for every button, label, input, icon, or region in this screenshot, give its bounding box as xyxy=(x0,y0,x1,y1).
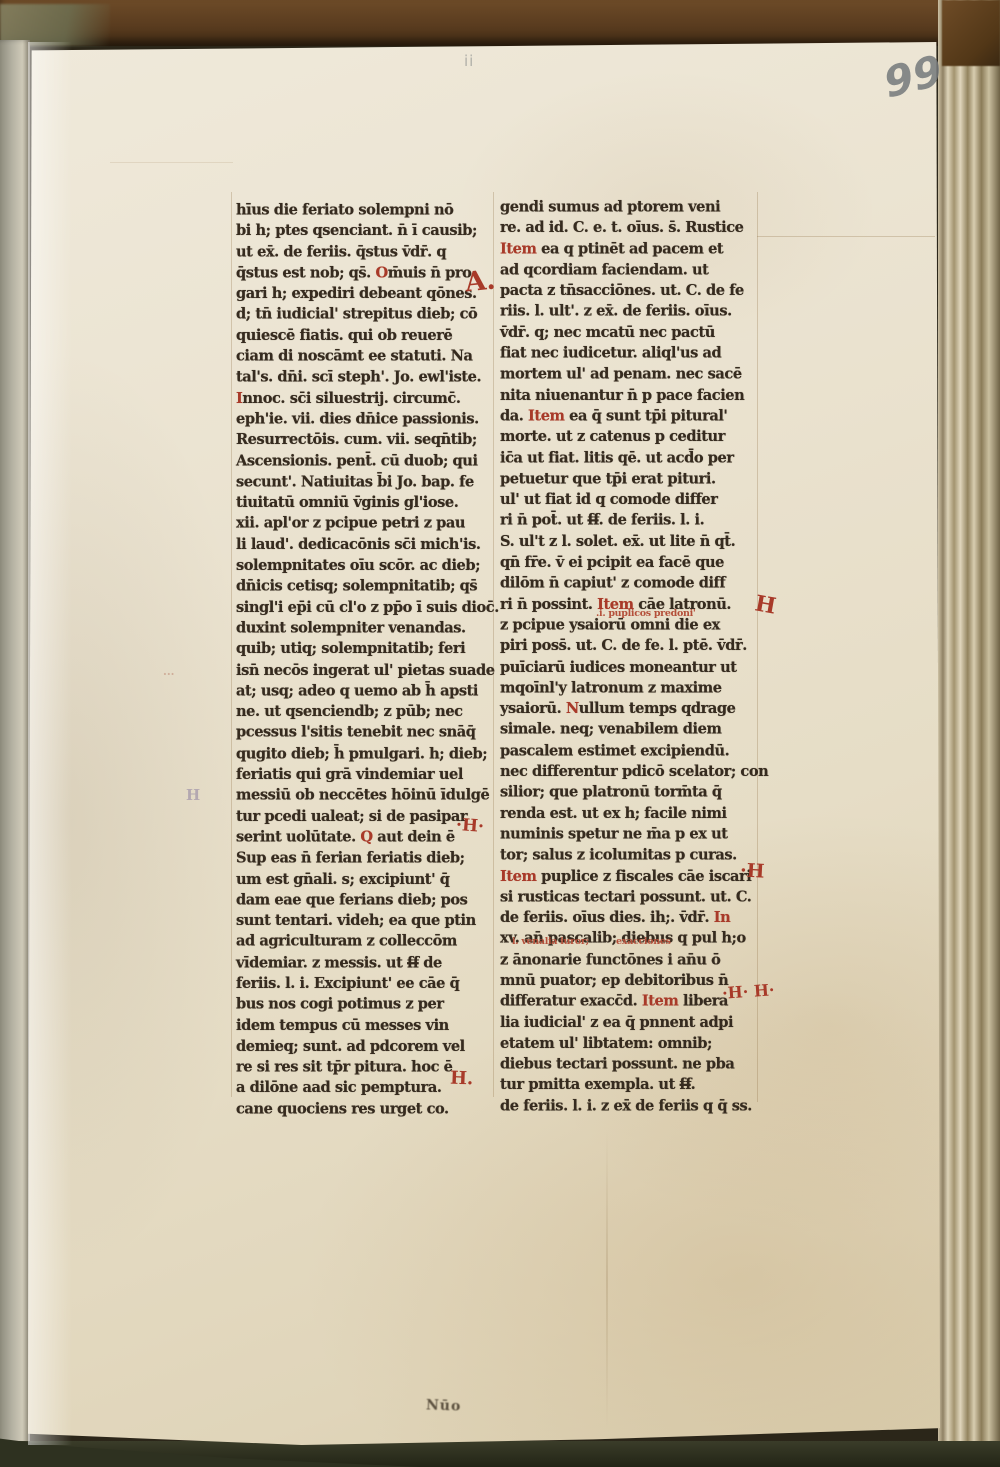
manuscript-line: morte. ut z catenus p ceditur xyxy=(500,427,762,448)
body-text: morte. ut z catenus p ceditur xyxy=(500,428,725,446)
struck-citation: ff xyxy=(407,954,419,972)
manuscript-line: v̄dr̄. q; nec mcatū nec pactū xyxy=(500,322,762,343)
body-text: renda est. ut ex h; facile nimi xyxy=(500,804,727,822)
body-text: ea q̄ sunt tp̄i pitural' xyxy=(565,407,728,425)
rubric-text: In xyxy=(714,909,731,927)
interlinear-gloss: i. venalia iuror; xyxy=(512,936,589,947)
rubric-text: O xyxy=(375,264,387,282)
manuscript-line: feriis. l. i. Excipiunt' ee cāe q̄ xyxy=(236,974,498,995)
body-text: vīdemiar. z messis. ut xyxy=(236,954,407,972)
body-text: differatur exacc̄d. xyxy=(500,992,642,1010)
interlinear-gloss: exacciones xyxy=(616,936,671,947)
manuscript-line: renda est. ut ex h; facile nimi xyxy=(500,803,762,824)
manuscript-line: eph'ie. vii. dies dn̄ice passionis. xyxy=(236,409,498,430)
manuscript-line: secunt'. Natiuitas b̄i Jo. bap. fe xyxy=(236,472,498,493)
ruling-line-top-right xyxy=(757,236,935,237)
manuscript-line: isn̄ necōs ingerat ul' pietas suade xyxy=(236,660,498,681)
body-text: dn̄icis cetisq; solempnitatib; qs̄ xyxy=(236,577,477,595)
body-text: sunt tentari. videh; ea que ptin xyxy=(236,912,476,930)
body-text: ad agriculturam z colleccōm xyxy=(236,933,457,951)
body-text: de feriis. l. i. z ex̄ de feriis q q̄ ss… xyxy=(500,1097,752,1115)
manuscript-line: da. Item ea q̄ sunt tp̄i pitural' xyxy=(500,406,762,427)
manuscript-line: Sup eas n̄ ferian feriatis dieb; xyxy=(236,848,498,869)
manuscript-line: mqoīnl'y latronum z maxime xyxy=(500,678,762,699)
body-text: ad qcordiam faciendam. ut xyxy=(500,261,708,279)
body-text: ne. ut qsenciendb; z pūb; nec xyxy=(236,703,463,721)
manuscript-line: bi h; ptes qsenciant. n̄ ī causib; xyxy=(236,221,498,242)
manuscript-line: li laud'. dedicacōnis sc̄i mich'is. xyxy=(236,534,498,555)
manuscript-line: riis. l. ult'. z ex̄. de feriis. oīus. xyxy=(500,302,762,323)
rubric-text: Item xyxy=(642,992,679,1010)
body-text: li laud'. dedicacōnis sc̄i mich'is. xyxy=(236,536,480,554)
body-text: ul' ut fiat id q comode differ xyxy=(500,491,718,509)
body-text: tal's. dn̄i. scī steph'. Jo. ewl'iste. xyxy=(236,368,481,386)
body-text: pascalem estimet excipiendū. xyxy=(500,742,729,760)
manuscript-line: nita niuenantur n̄ p pace facien xyxy=(500,385,762,406)
manuscript-line: de feriis. oīus dies. ih;. v̄dr̄. In xyxy=(500,908,762,929)
struck-citation: ff xyxy=(587,512,598,530)
body-text: mqoīnl'y latronum z maxime xyxy=(500,679,722,697)
manuscript-line: feriatis qui grā vindemiar uel xyxy=(236,764,498,785)
manuscript-line: tur pmitta exempla. ut ff. xyxy=(500,1075,762,1096)
body-text: d; tn̄ iudicial' strepitus dieb; cō xyxy=(236,306,477,324)
manuscript-line: ic̄a ut fiat. litis qē. ut acd̄o per xyxy=(500,448,762,469)
body-text: tur pmitta exempla. ut xyxy=(500,1076,680,1094)
manuscript-line: Innoc. sc̄i siluestrij. circumc̄. xyxy=(236,388,498,409)
interlinear-gloss: .i. puplicos predoni' xyxy=(596,608,696,619)
manuscript-line: at; usq; adeo q uemo ab h̄ apsti xyxy=(236,681,498,702)
body-text: da. xyxy=(500,407,528,425)
body-text: dam eae que ferians dieb; pos xyxy=(236,891,467,909)
manuscript-line: bus nos cogi potimus z per xyxy=(236,994,498,1015)
body-text: libera xyxy=(678,992,728,1010)
rubric-text: Q xyxy=(360,828,372,846)
manuscript-line: silior; que platronū torm̄ta q̄ xyxy=(500,782,762,803)
body-text: hīus die feriato solempni nō xyxy=(236,201,453,219)
body-text: aut dein ē xyxy=(373,828,455,846)
manuscript-line: tal's. dn̄i. scī steph'. Jo. ewl'iste. xyxy=(236,367,498,388)
ruling-line-left-column xyxy=(231,192,232,1097)
manuscript-line: Item puplice z fiscales cāe iscari xyxy=(500,866,762,887)
manuscript-line: ad qcordiam faciendam. ut xyxy=(500,260,762,281)
body-text: serint uolūtate. xyxy=(236,828,360,846)
manuscript-line: etatem ul' libtatem: omnib; xyxy=(500,1033,762,1054)
body-text: ut ex̄. de feriis. q̄stus v̄dr̄. q xyxy=(236,243,446,261)
body-text: duxint solempniter venandas. xyxy=(236,619,466,637)
body-text: mnū puator; ep debitoribus n̄ xyxy=(500,972,728,990)
manuscript-line: petuetur que tp̄i erat pituri. xyxy=(500,469,762,490)
manuscript-line: ul' ut fiat id q comode differ xyxy=(500,490,762,511)
manuscript-line: Resurrectōis. cum. vii. seqn̄tib; xyxy=(236,430,498,451)
manuscript-line: fiat nec iudicetur. aliql'us ad xyxy=(500,343,762,364)
body-text: piri poss̄. ut. C. de fe. l. ptē. v̄dr̄. xyxy=(500,637,747,655)
body-text: quiescē fiatis. qui ob reuerē xyxy=(236,326,452,344)
body-text: nnoc. sc̄i siluestrij. circumc̄. xyxy=(242,389,460,407)
manuscript-line: singl'i ep̄i cū cl'o z pp̄o ī suis dioc̄… xyxy=(236,597,498,618)
binding-corner-top-right xyxy=(942,0,1000,66)
manuscript-line: piri poss̄. ut. C. de fe. l. ptē. v̄dr̄. xyxy=(500,636,762,657)
margin-paragraph-mark: H xyxy=(753,590,778,619)
manuscript-line: nec differentur pdicō scelator; con xyxy=(500,761,762,782)
manuscript-line: S. ul't z l. solet. ex̄. ut lite n̄ qt̄. xyxy=(500,531,762,552)
body-text: ri n̄ pot̄. ut xyxy=(500,512,587,530)
body-text: simale. neq; venabilem diem xyxy=(500,721,721,739)
manuscript-line: solempnitates oīu scōr. ac dieb; xyxy=(236,555,498,576)
body-text: quib; utiq; solempnitatib; feri xyxy=(236,640,465,658)
body-text: m̄uis n̄ pro xyxy=(388,264,472,282)
body-text: secunt'. Natiuitas b̄i Jo. bap. fe xyxy=(236,473,474,491)
body-text: de feriis. oīus dies. ih;. v̄dr̄. xyxy=(500,909,714,927)
body-text: isn̄ necōs ingerat ul' pietas suade xyxy=(236,661,495,679)
rubric-text: Item xyxy=(500,867,537,885)
manuscript-line: quiescē fiatis. qui ob reuerē xyxy=(236,325,498,346)
manuscript-line: tor; salus z icolumitas p curas. xyxy=(500,845,762,866)
manuscript-line: dn̄icis cetisq; solempnitatib; qs̄ xyxy=(236,576,498,597)
manuscript-line: idem tempus cū messes vin xyxy=(236,1015,498,1036)
manuscript-line: puīciarū iudices moneantur ut xyxy=(500,657,762,678)
body-text: eph'ie. vii. dies dn̄ice passionis. xyxy=(236,410,479,428)
text-column-left: hīus die feriato solempni nōbi h; ptes q… xyxy=(236,200,498,1120)
rubric-text: Item xyxy=(528,407,565,425)
body-text: Ascensionis. pent̄. cū duob; qui xyxy=(236,452,478,470)
body-text: a dilōne aad sic pemptura. xyxy=(236,1079,441,1097)
manuscript-line: ysaiorū. Nullum temps qdrage xyxy=(500,699,762,720)
body-text: ysaiorū. xyxy=(500,700,566,718)
body-text: feriatis qui grā vindemiar uel xyxy=(236,765,463,783)
manuscript-line: lia iudicial' z ea q̄ pnnent adpi xyxy=(500,1012,762,1033)
manuscript-line: dilōm n̄ capiut' z comode diff xyxy=(500,573,762,594)
body-text: tiuitatū omniū v̄ginis gl'iose. xyxy=(236,494,458,512)
manuscript-line: ad agriculturam z colleccōm xyxy=(236,932,498,953)
margin-paragraph-mark: A. xyxy=(463,264,496,298)
manuscript-line: hīus die feriato solempni nō xyxy=(236,200,498,221)
body-text: si rusticas tectari possunt. ut. C. xyxy=(500,888,751,906)
body-text: Resurrectōis. cum. vii. seqn̄tib; xyxy=(236,431,477,449)
bottom-edge-text-fragment: Nūo xyxy=(426,1397,462,1414)
body-text: solempnitates oīu scōr. ac dieb; xyxy=(236,556,480,574)
body-text: messiū ob neccētes hōinū īdulgē xyxy=(236,786,489,804)
manuscript-line: mortem ul' ad penam. nec sacē xyxy=(500,364,762,385)
body-text: tor; salus z icolumitas p curas. xyxy=(500,846,737,864)
body-text: nec differentur pdicō scelator; con xyxy=(500,762,768,780)
body-text: cane quociens res urget co. xyxy=(236,1100,449,1118)
manuscript-line: de feriis. l. i. z ex̄ de feriis q q̄ ss… xyxy=(500,1096,762,1117)
body-text: gendi sumus ad ptorem veni xyxy=(500,198,720,216)
body-text: tur pcedi ualeat; si de pasipar xyxy=(236,807,467,825)
body-text: feriis. l. i. Excipiunt' ee cāe q̄ xyxy=(236,975,459,993)
body-text: silior; que platronū torm̄ta q̄ xyxy=(500,783,722,801)
body-text: . de feriis. l. i. xyxy=(599,512,705,530)
margin-paragraph-mark: ··· xyxy=(163,668,175,681)
manuscript-line: simale. neq; venabilem diem xyxy=(500,720,762,741)
body-text: lia iudicial' z ea q̄ pnnent adpi xyxy=(500,1013,733,1031)
body-text: singl'i ep̄i cū cl'o z pp̄o ī suis dioc̄… xyxy=(236,598,499,616)
body-text: riis. l. ult'. z ex̄. de feriis. oīus. xyxy=(500,303,732,321)
body-text: ic̄a ut fiat. litis qē. ut acd̄o per xyxy=(500,449,734,467)
binding-top-board xyxy=(0,0,1000,46)
manuscript-line: Ascensionis. pent̄. cū duob; qui xyxy=(236,451,498,472)
text-column-right: gendi sumus ad ptorem venire. ad id. C. … xyxy=(500,197,762,1117)
manuscript-line: sunt tentari. videh; ea que ptin xyxy=(236,911,498,932)
margin-paragraph-mark: H. xyxy=(450,1068,474,1090)
manuscript-line: messiū ob neccētes hōinū īdulgē xyxy=(236,785,498,806)
manuscript-line: xii. apl'or z pcipue petri z pau xyxy=(236,514,498,535)
body-text: pacta z tn̄sacciōnes. ut. C. de fe xyxy=(500,282,744,300)
margin-paragraph-mark: ·H· H· xyxy=(721,980,775,1003)
struck-citation: ff xyxy=(680,1076,691,1094)
body-text: at; usq; adeo q uemo ab h̄ apsti xyxy=(236,682,478,700)
body-text: q̄stus est nob; qs̄. xyxy=(236,264,375,282)
body-text: ea q ptinēt ad pacem et xyxy=(537,240,724,258)
body-text: . xyxy=(691,1076,696,1094)
body-text: qugito dieb; h̄ pmulgari. h; dieb; xyxy=(236,745,487,763)
margin-paragraph-mark: ·H· xyxy=(455,815,484,837)
manuscript-line: Item ea q ptinēt ad pacem et xyxy=(500,239,762,260)
manuscript-line: gari h; expediri debeant qōnes. xyxy=(236,284,498,305)
manuscript-line: re. ad id. C. e. t. oīus. s̄. Rustice xyxy=(500,218,762,239)
body-text: z ānonarie functōnes i an̄u ō xyxy=(500,951,720,969)
manuscript-line: pcessus l'sitis tenebit nec snāq̄ xyxy=(236,723,498,744)
manuscript-line: dam eae que ferians dieb; pos xyxy=(236,890,498,911)
manuscript-line: cane quociens res urget co. xyxy=(236,1099,498,1120)
manuscript-line: demieq; sunt. ad pdcorem vel xyxy=(236,1036,498,1057)
body-text: re si res sit tp̄r pitura. hoc ē xyxy=(236,1058,453,1076)
body-text: um est gn̄ali. s; excipiunt' q̄ xyxy=(236,870,450,888)
body-text: puplice z fiscales cāe iscari xyxy=(537,867,752,885)
manuscript-line: ne. ut qsenciendb; z pūb; nec xyxy=(236,702,498,723)
manuscript-line: d; tn̄ iudicial' strepitus dieb; cō xyxy=(236,305,498,326)
body-text: ciam di noscāmt ee statuti. Na xyxy=(236,347,473,365)
rubric-text: N xyxy=(566,700,579,718)
body-text: petuetur que tp̄i erat pituri. xyxy=(500,470,716,488)
manuscript-line: si rusticas tectari possunt. ut. C. xyxy=(500,887,762,908)
manuscript-line: tiuitatū omniū v̄ginis gl'iose. xyxy=(236,493,498,514)
manuscript-line: pascalem estimet excipiendū. xyxy=(500,741,762,762)
body-text: dilōm n̄ capiut' z comode diff xyxy=(500,574,725,592)
manuscript-line: ciam di noscāmt ee statuti. Na xyxy=(236,346,498,367)
body-text: demieq; sunt. ad pdcorem vel xyxy=(236,1037,465,1055)
manuscript-line: diebus tectari possunt. ne pba xyxy=(500,1054,762,1075)
body-text: re. ad id. C. e. t. oīus. s̄. Rustice xyxy=(500,219,744,237)
body-text: S. ul't z l. solet. ex̄. ut lite n̄ qt̄. xyxy=(500,533,735,551)
body-text: qn̄ fr̄e. v̄ ei pcipit ea facē que xyxy=(500,553,724,571)
manuscript-line: quib; utiq; solempnitatib; feri xyxy=(236,639,498,660)
body-text: de xyxy=(419,954,442,972)
manuscript-line: ut ex̄. de feriis. q̄stus v̄dr̄. q xyxy=(236,242,498,263)
manuscript-line: pacta z tn̄sacciōnes. ut. C. de fe xyxy=(500,281,762,302)
body-text: diebus tectari possunt. ne pba xyxy=(500,1055,734,1073)
body-text: bi h; ptes qsenciant. n̄ ī causib; xyxy=(236,222,477,240)
body-text: puīciarū iudices moneantur ut xyxy=(500,658,737,676)
manuscript-line: q̄stus est nob; qs̄. Om̄uis n̄ pro xyxy=(236,263,498,284)
margin-paragraph-mark: ·H xyxy=(739,859,765,882)
body-text: ullum temps qdrage xyxy=(579,700,736,718)
body-text: bus nos cogi potimus z per xyxy=(236,995,444,1013)
manuscript-line: um est gn̄ali. s; excipiunt' q̄ xyxy=(236,869,498,890)
body-text: xii. apl'or z pcipue petri z pau xyxy=(236,515,465,533)
manuscript-line: z ānonarie functōnes i an̄u ō xyxy=(500,950,762,971)
body-text: Sup eas n̄ ferian feriatis dieb; xyxy=(236,849,465,867)
body-text: mortem ul' ad penam. nec sacē xyxy=(500,365,742,383)
body-text: ri n̄ possint. xyxy=(500,595,597,613)
body-text: idem tempus cū messes vin xyxy=(236,1016,449,1034)
manuscript-line: qugito dieb; h̄ pmulgari. h; dieb; xyxy=(236,744,498,765)
margin-paragraph-mark: H xyxy=(186,786,200,804)
book-fore-edge-pages xyxy=(938,0,1000,1467)
manuscript-line: ri n̄ pot̄. ut ff. de feriis. l. i. xyxy=(500,511,762,532)
body-text: numinis spetur ne m̄a p ex ut xyxy=(500,825,728,843)
body-text: gari h; expediri debeant qōnes. xyxy=(236,285,477,303)
top-pencil-mark: ii xyxy=(464,52,474,70)
parchment-fold-line xyxy=(606,1130,608,1430)
body-text: nita niuenantur n̄ p pace facien xyxy=(500,386,744,404)
manuscript-line: gendi sumus ad ptorem veni xyxy=(500,197,762,218)
ruling-line-top-left xyxy=(110,162,233,163)
manuscript-line: numinis spetur ne m̄a p ex ut xyxy=(500,824,762,845)
facing-page-edge-left xyxy=(0,40,30,1467)
manuscript-line: duxint solempniter venandas. xyxy=(236,618,498,639)
body-text: fiat nec iudicetur. aliql'us ad xyxy=(500,344,721,362)
manuscript-line: qn̄ fr̄e. v̄ ei pcipit ea facē que xyxy=(500,552,762,573)
manuscript-line: vīdemiar. z messis. ut ff de xyxy=(236,953,498,974)
body-text: v̄dr̄. q; nec mcatū nec pactū xyxy=(500,323,715,341)
body-text: pcessus l'sitis tenebit nec snāq̄ xyxy=(236,724,476,742)
body-text: etatem ul' libtatem: omnib; xyxy=(500,1034,712,1052)
rubric-text: Item xyxy=(500,240,537,258)
